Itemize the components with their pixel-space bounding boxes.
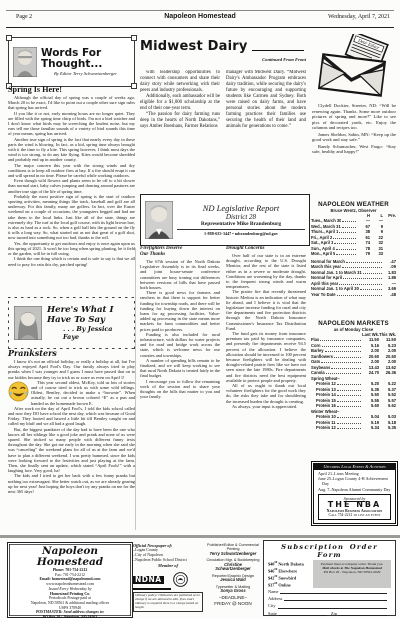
this-week: 26.36 xyxy=(379,370,396,376)
paragraph: I think the one thing which is certain a… xyxy=(8,256,135,266)
this-week: 5.35 xyxy=(379,425,396,431)
commodity: Canola xyxy=(311,370,325,376)
state-zip-field: StateZip xyxy=(268,610,391,617)
ndna-logo-bar xyxy=(133,588,171,591)
price-option: $4600 Elsewhere xyxy=(268,567,310,574)
official-item: –Napoleon Public School District xyxy=(133,558,203,563)
paragraph: manager with Midwest Dairy. “Midwest Dai… xyxy=(226,70,306,130)
event-item: April 21–Lions Meeting xyxy=(316,471,393,476)
article-headline: Pranksters xyxy=(8,348,57,358)
paragraph: Although the official day of spring was … xyxy=(8,95,135,111)
events-box: Upcoming Local Events & Activities April… xyxy=(313,463,396,524)
address-field: Address xyxy=(268,595,391,602)
dairy-col2: manager with Midwest Dairy. “Midwest Dai… xyxy=(226,70,306,192)
header-top-rule xyxy=(6,10,394,11)
paragraph: The 67th session of the North Dakota Leg… xyxy=(140,259,220,290)
paragraph: Yes, the opportunity to get outdoors and… xyxy=(8,241,135,257)
price-list: $4000 North Dakota $4600 Elsewhere $4200… xyxy=(268,560,310,588)
last-week: 5.34 xyxy=(362,425,379,431)
field-label: Address xyxy=(268,595,282,602)
paragraph: If you like it or not, early morning hou… xyxy=(8,111,135,137)
subscription-form: Subscription Order Form $4000 North Dako… xyxy=(263,540,396,616)
paragraph: Additionally, each ambassador will be el… xyxy=(140,94,220,112)
report-title: ND Legislative Report xyxy=(177,204,305,213)
letter: James Sheldon, Sabin, MN: “Keep up the g… xyxy=(312,132,396,143)
event-item: June 25–Logan County 4-H Achievement Day xyxy=(316,476,393,486)
sponsor-name: THE NBA xyxy=(319,501,390,510)
markets-section: NAPOLEON MARKETS as of Monday Close Last… xyxy=(311,320,396,431)
ndna-seal-icon xyxy=(173,572,188,587)
official-newspaper-column: Official Newspaper of: –Logan County –Ci… xyxy=(133,543,203,612)
masthead-title: Words For Thought... xyxy=(41,48,130,70)
left-subheading: Firefighters Deserve Our Thanks xyxy=(140,246,220,257)
article-body: I know it's not an official holiday, or … xyxy=(8,359,135,531)
masthead-info-box: Napoleon Homestead Phone: 701-754-2212 F… xyxy=(7,542,133,618)
weather-day: Mon., April 5 xyxy=(311,251,335,257)
headline-rule xyxy=(252,50,304,51)
dairy-headline-row: Midwest Dairy xyxy=(140,40,306,53)
column-rule xyxy=(135,248,136,530)
right-subheading: Drought Concerns xyxy=(226,246,306,252)
paragraph: But, the biggest prankster of the day ha… xyxy=(8,427,135,474)
sponsor-box: Sponsored by THE NBA Napoleon Business A… xyxy=(318,494,391,521)
jessica-photo xyxy=(14,306,42,340)
paragraph: Probably the most positive sign of sprin… xyxy=(8,194,135,241)
dairy-col1: with leadership opportunities to connect… xyxy=(140,70,220,192)
legislative-left-col: The 67th session of the North Dakota Leg… xyxy=(140,259,220,531)
editor-photo xyxy=(13,47,37,77)
normal-label: Year To Date xyxy=(311,292,336,298)
paragraph: All of us ought to thank our local volun… xyxy=(226,383,306,404)
legislative-report-box: ND Legislative Report District 28 Repres… xyxy=(140,194,310,246)
staff-name: Christine Schwartzenberger xyxy=(206,563,260,573)
paragraph: I encourage you to follow the remaining … xyxy=(140,379,220,400)
paragraph: The kids and I tried to get her back wit… xyxy=(8,473,135,494)
weather-low: 33 xyxy=(370,251,383,257)
representative-photo xyxy=(145,201,173,239)
field-blank-line xyxy=(280,593,387,594)
footer-paper-title: Napoleon Homestead xyxy=(10,546,130,568)
field-label: Name xyxy=(268,588,278,595)
payment-line: PO Box 29 - Napoleon, ND 58561-0029 xyxy=(315,570,389,574)
paragraph: After work on the day of April Fool's, I… xyxy=(8,406,135,427)
ndna-logo-text: NDNA xyxy=(133,576,164,584)
paragraph: The fund gets its money from insurance p… xyxy=(226,331,306,383)
words-for-thought-masthead: Words For Thought... By Editor Terry Sch… xyxy=(8,37,135,87)
representative-contact: 1-888-635-3447 • mbrandenburg@nd.gov xyxy=(177,229,305,236)
frame-corner-icon xyxy=(131,35,137,41)
legislative-right-col: Over half of our state is in an extreme … xyxy=(226,253,306,531)
field-blank-line xyxy=(339,615,387,616)
paragraph: A number of spending bills remain to be … xyxy=(140,358,220,379)
normal-value: .48 xyxy=(383,292,396,298)
price-option: $3700 Online xyxy=(268,581,310,588)
jessica-masthead: Here's What I Have To Say . . . By Jessi… xyxy=(8,297,135,349)
market-row: Protein 125.345.35 xyxy=(311,425,396,431)
subheading-line: Our Thanks xyxy=(140,252,220,258)
paragraph: The major concern this year with the str… xyxy=(8,163,135,179)
report-district: District 28 xyxy=(177,213,305,221)
issue-date: Wednesday, April 7, 2021 xyxy=(328,14,390,20)
masthead-title: Here's What I Have To Say xyxy=(47,305,129,325)
field-label: State xyxy=(268,610,277,617)
masthead-byline: By Editor Terry Schwartzenberger xyxy=(41,71,130,76)
letter: Randy Schumacher, West Fargo: “Stay safe… xyxy=(312,144,396,155)
obituary-policy: Obituary policy: Obituaries are publishe… xyxy=(133,592,203,612)
laughing-emoji-icon xyxy=(8,381,29,402)
paragraph: “The passion for dairy farming runs deep… xyxy=(140,112,220,130)
payment-note: Payment must accompany order. Thank you.… xyxy=(313,560,391,588)
deadline-time: FRIDAY @ NOON xyxy=(206,601,260,606)
staff-name: Terry Schwartzenberger xyxy=(206,552,260,557)
ndna-logo: NDNA xyxy=(133,569,171,590)
article-body: Although the official day of spring was … xyxy=(8,95,135,293)
weather-section: NAPOLEON WEATHER Bruce Wentz, Observer H… xyxy=(311,201,396,297)
commodity: Protein 12 xyxy=(316,425,336,431)
markets-title: NAPOLEON MARKETS xyxy=(311,320,396,327)
newspaper-page: Page 2 Napoleon Homestead Wednesday, Apr… xyxy=(0,0,400,618)
last-week: 24.70 xyxy=(362,370,379,376)
field-label: City xyxy=(268,602,276,609)
header-bottom-rule xyxy=(6,27,394,28)
paragraph: I know it's not an official holiday, or … xyxy=(8,359,135,380)
price-option: $4000 North Dakota xyxy=(268,560,310,567)
paragraph: with leadership opportunities to connect… xyxy=(140,70,220,94)
staff-name: Sonya Gross xyxy=(206,589,260,594)
staff-column: Publisher/Editor & Commercial Printing T… xyxy=(206,543,260,606)
dear-editor-letters: Clydell Dockter, Streeter, ND: “Will be … xyxy=(312,103,396,199)
paragraph: Another true sign of spring is the fact … xyxy=(8,137,135,163)
paragraph: There is good news for farmers and ranch… xyxy=(140,290,220,332)
this-week: 5.62 xyxy=(379,403,396,409)
paragraph: Even though wild flowers and plants seem… xyxy=(8,178,135,194)
weather-title: NAPOLEON WEATHER xyxy=(311,201,396,208)
city-field: City xyxy=(268,602,391,609)
continued-from-front: Continued From Front xyxy=(140,57,332,62)
dear-editor-graphic: Dear Editor xyxy=(316,34,390,105)
sponsor-call-line: Call 754-2212 to list an event xyxy=(319,513,390,518)
field-label: Zip xyxy=(331,610,337,617)
frame-corner-icon xyxy=(6,35,12,41)
price-option: $4200 Snowbird xyxy=(268,574,310,581)
paragraph: As always, your input is appreciated. xyxy=(226,404,306,409)
field-blank-line xyxy=(278,608,387,609)
association-logos: NDNA xyxy=(133,569,203,590)
article-headline: Spring Is Here! xyxy=(8,85,135,94)
dairy-headline: Midwest Dairy xyxy=(140,40,248,53)
event-item: Aug. 7–Napoleon Alumni Community Day xyxy=(316,487,393,492)
member-of-label: Member of xyxy=(133,563,203,568)
footer-divider xyxy=(0,535,400,538)
field-blank-line xyxy=(279,615,327,616)
dear-editor-envelope-icon: Dear Editor xyxy=(316,34,390,100)
masthead-byline: . . . By Jessica Faye xyxy=(47,325,129,341)
staff-name: Jessica Wald xyxy=(206,578,260,583)
representative-name: Representative Mike Brandenburg xyxy=(177,221,305,228)
events-title: Upcoming Local Events & Activities xyxy=(314,464,395,470)
commodity: Protein 16 xyxy=(316,403,336,409)
paragraph: Funding is also included for rural infra… xyxy=(140,332,220,358)
name-field: Name xyxy=(268,588,391,595)
weather-normal-row: Year To Date.48 xyxy=(311,292,396,298)
last-week: 5.60 xyxy=(362,403,379,409)
field-blank-line xyxy=(284,600,387,601)
weather-high: 79 xyxy=(357,251,370,257)
paragraph: The prairie fire that recently threatene… xyxy=(226,289,306,331)
subscription-title: Subscription Order Form xyxy=(268,543,391,559)
paragraph: Over half of our state is in an extreme … xyxy=(226,253,306,289)
letter: Clydell Dockter, Streeter, ND: “Will be … xyxy=(312,103,396,131)
